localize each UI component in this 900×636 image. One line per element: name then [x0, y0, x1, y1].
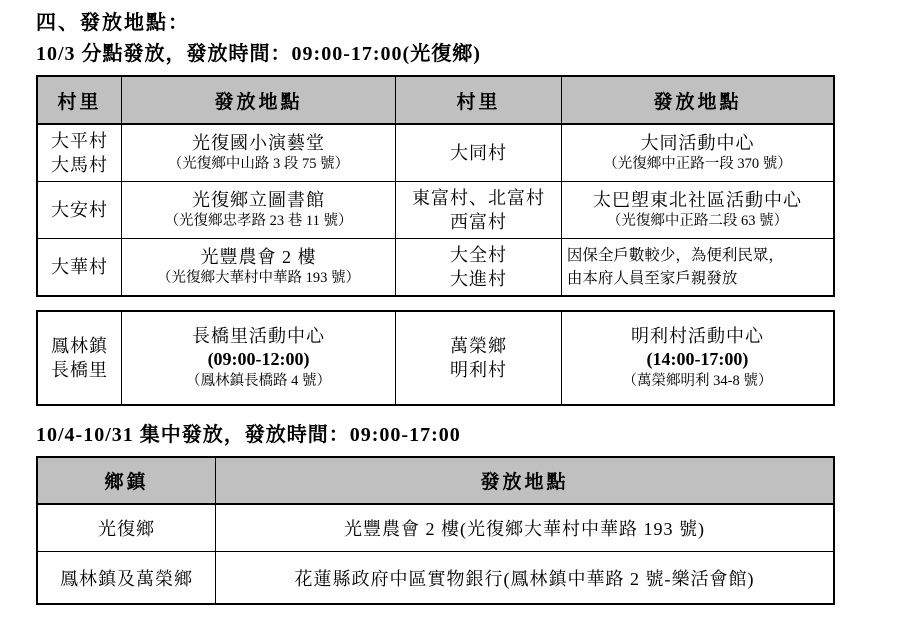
- location-name: 光復國小演藝堂: [125, 132, 392, 155]
- location-address: （萬榮鄉明利 34-8 號）: [565, 372, 830, 392]
- location-name: 太巴塱東北社區活動中心: [565, 189, 830, 212]
- location-address: （光復鄉大華村中華路 193 號）: [125, 269, 392, 289]
- column-header-location-left: 發放地點: [121, 76, 395, 124]
- column-header-location-right: 發放地點: [561, 76, 834, 124]
- location-cell: 明利村活動中心 (14:00-17:00) （萬榮鄉明利 34-8 號）: [561, 311, 834, 405]
- location-cell: 光復國小演藝堂 （光復鄉中山路 3 段 75 號）: [121, 124, 395, 182]
- village-cell: 鳳林鎮 長橋里: [37, 311, 121, 405]
- township-cell: 鳳林鎮及萬榮鄉: [37, 552, 216, 605]
- village-cell: 大全村 大進村: [396, 239, 562, 297]
- village-cell: 大同村: [396, 124, 562, 182]
- column-header-village-right: 村里: [396, 76, 562, 124]
- table-row: 鳳林鎮及萬榮鄉 花蓮縣政府中區實物銀行(鳳林鎮中華路 2 號-樂活會館): [37, 552, 834, 605]
- table-row: 光復鄉 光豐農會 2 樓(光復鄉大華村中華路 193 號): [37, 504, 834, 552]
- table-row: 大平村 大馬村 光復國小演藝堂 （光復鄉中山路 3 段 75 號） 大同村 大同…: [37, 124, 834, 182]
- section-title: 四、發放地點：: [36, 10, 838, 36]
- subsection-title-centralized: 10/4-10/31 集中發放，發放時間：09:00-17:00: [36, 422, 838, 448]
- location-cell: 花蓮縣政府中區實物銀行(鳳林鎮中華路 2 號-樂活會館): [216, 552, 834, 605]
- location-address: （光復鄉中山路 3 段 75 號）: [125, 155, 392, 175]
- table-row: 大華村 光豐農會 2 樓 （光復鄉大華村中華路 193 號） 大全村 大進村 因…: [37, 239, 834, 297]
- location-name: 大同活動中心: [565, 132, 830, 155]
- location-hours: (14:00-17:00): [565, 348, 830, 371]
- document-page: 四、發放地點： 10/3 分點發放，發放時間：09:00-17:00(光復鄉) …: [36, 6, 838, 605]
- centralized-distribution-table: 鄉鎮 發放地點 光復鄉 光豐農會 2 樓(光復鄉大華村中華路 193 號) 鳳林…: [36, 456, 835, 605]
- location-address: （光復鄉中正路一段 370 號）: [565, 155, 830, 175]
- column-header-location: 發放地點: [216, 457, 834, 504]
- location-cell: 光復鄉立圖書館 （光復鄉忠孝路 23 巷 11 號）: [121, 182, 395, 239]
- location-address: （光復鄉忠孝路 23 巷 11 號）: [125, 212, 392, 232]
- table-row: 鳳林鎮 長橋里 長橋里活動中心 (09:00-12:00) （鳳林鎮長橋路 4 …: [37, 311, 834, 405]
- distribution-table-guangfu: 村里 發放地點 村里 發放地點 大平村 大馬村 光復國小演藝堂 （光復鄉中山路 …: [36, 75, 835, 297]
- table-header-row: 村里 發放地點 村里 發放地點: [37, 76, 834, 124]
- distribution-table-fenglin-wanrong: 鳳林鎮 長橋里 長橋里活動中心 (09:00-12:00) （鳳林鎮長橋路 4 …: [36, 310, 835, 406]
- column-header-township: 鄉鎮: [37, 457, 216, 504]
- location-name: 光復鄉立圖書館: [125, 189, 392, 212]
- location-name: 長橋里活動中心: [125, 325, 392, 348]
- table-header-row: 鄉鎮 發放地點: [37, 457, 834, 504]
- village-cell: 萬榮鄉 明利村: [396, 311, 562, 405]
- township-cell: 光復鄉: [37, 504, 216, 552]
- village-cell: 大華村: [37, 239, 121, 297]
- location-cell: 太巴塱東北社區活動中心 （光復鄉中正路二段 63 號）: [561, 182, 834, 239]
- table-gap: [36, 297, 838, 310]
- location-name: 明利村活動中心: [565, 325, 830, 348]
- location-name: 光豐農會 2 樓: [125, 246, 392, 269]
- village-cell: 大平村 大馬村: [37, 124, 121, 182]
- location-address: （光復鄉中正路二段 63 號）: [565, 212, 830, 232]
- village-cell: 東富村、北富村 西富村: [396, 182, 562, 239]
- location-hours: (09:00-12:00): [125, 348, 392, 371]
- location-address: （鳳林鎮長橋路 4 號）: [125, 372, 392, 392]
- location-cell: 光豐農會 2 樓 （光復鄉大華村中華路 193 號）: [121, 239, 395, 297]
- subsection-title-distributed: 10/3 分點發放，發放時間：09:00-17:00(光復鄉): [36, 41, 838, 67]
- home-delivery-note: 因保全戶數較少，為便利民眾， 由本府人員至家戶親發放: [561, 239, 834, 297]
- table-row: 大安村 光復鄉立圖書館 （光復鄉忠孝路 23 巷 11 號） 東富村、北富村 西…: [37, 182, 834, 239]
- column-header-village-left: 村里: [37, 76, 121, 124]
- village-cell: 大安村: [37, 182, 121, 239]
- location-cell: 大同活動中心 （光復鄉中正路一段 370 號）: [561, 124, 834, 182]
- location-cell: 光豐農會 2 樓(光復鄉大華村中華路 193 號): [216, 504, 834, 552]
- location-cell: 長橋里活動中心 (09:00-12:00) （鳳林鎮長橋路 4 號）: [121, 311, 395, 405]
